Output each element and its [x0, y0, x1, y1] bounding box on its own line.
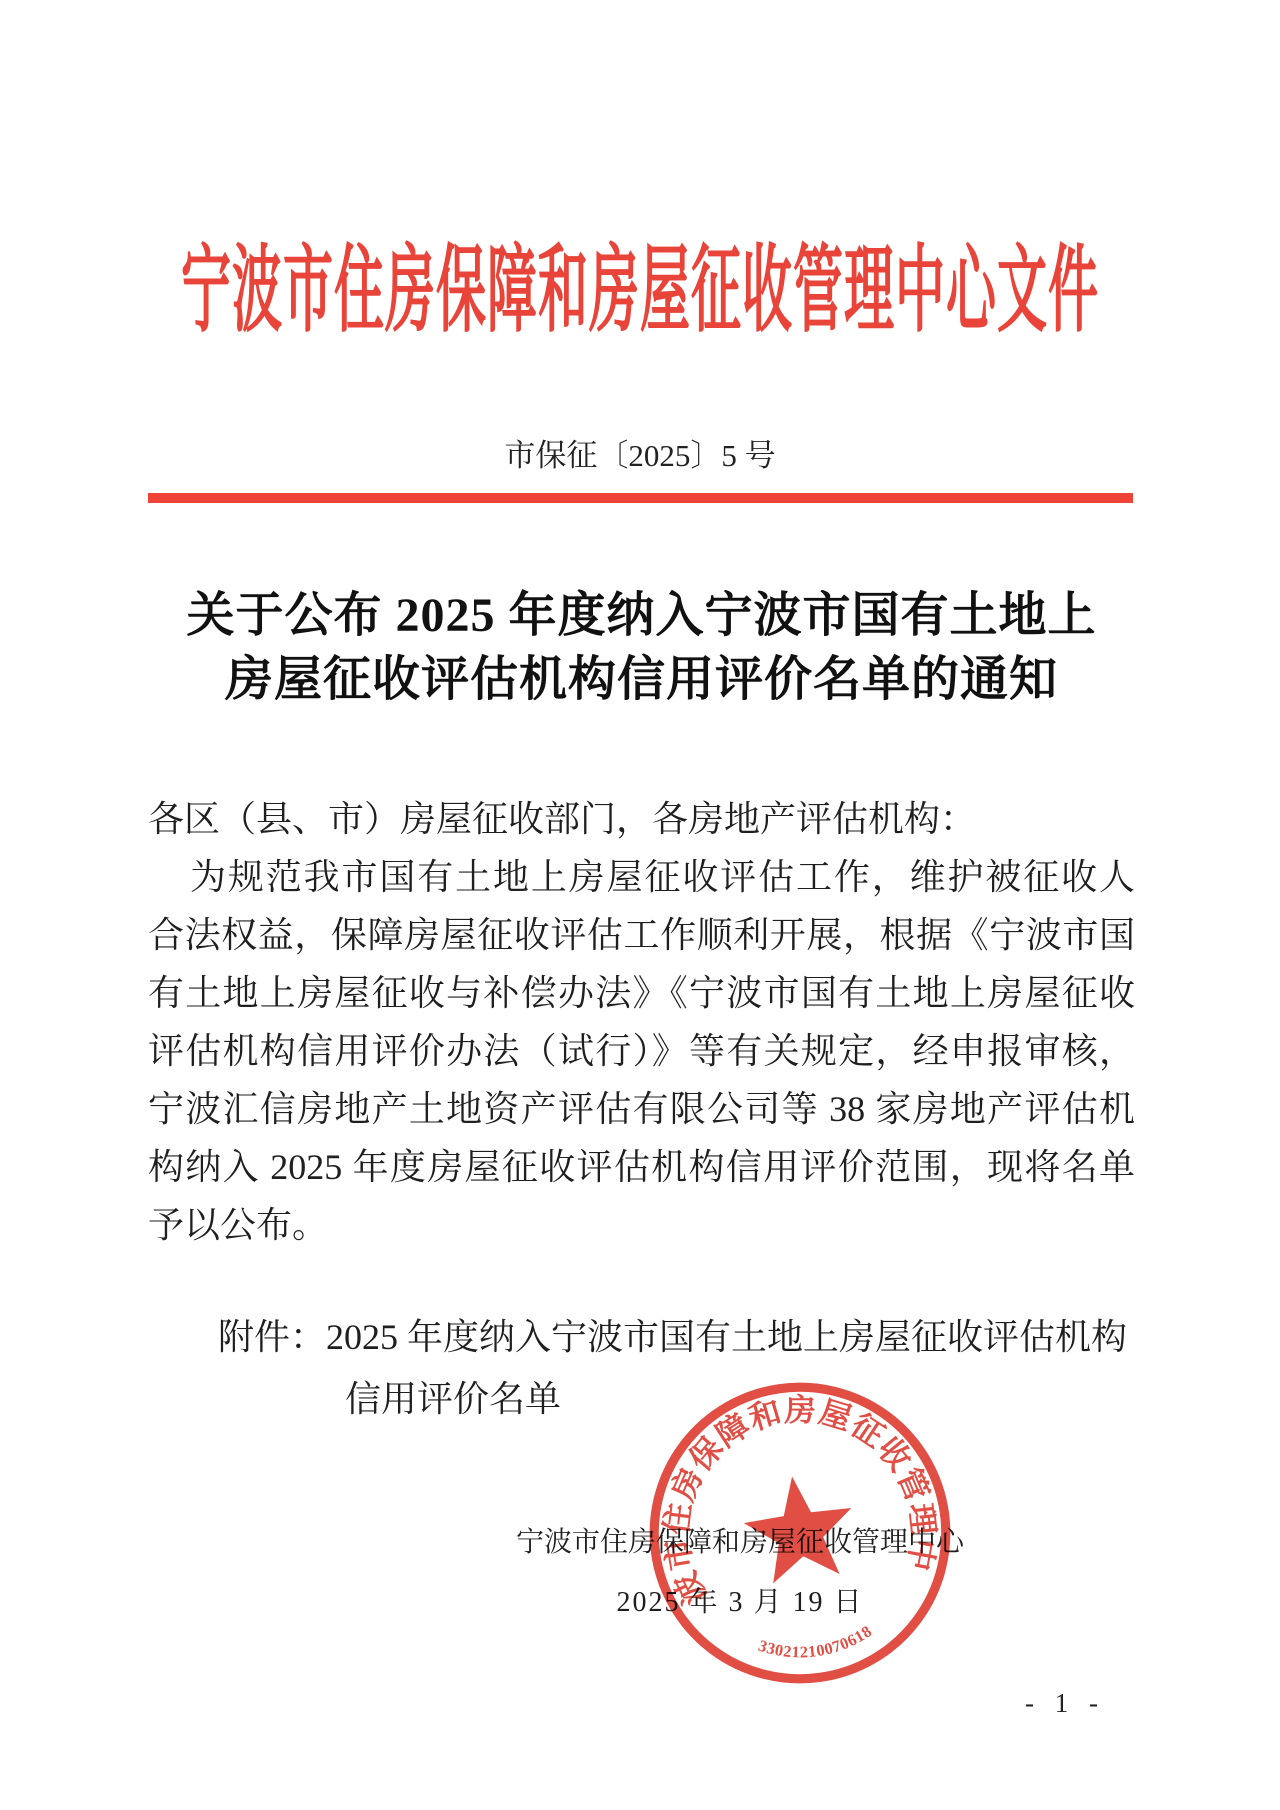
red-separator-line: [148, 493, 1133, 503]
body-line: 构纳入 2025 年度房屋征收评估机构信用评价范围，现将名单: [148, 1138, 1135, 1196]
body-line: 为规范我市国有土地上房屋征收评估工作，维护被征收人: [148, 848, 1135, 906]
page-number: - 1 -: [985, 1688, 1145, 1719]
seal-star-icon: [738, 1469, 860, 1586]
svg-text:宁波市住房保障和房屋征收管理中心: 宁波市住房保障和房屋征收管理中心: [622, 1355, 948, 1617]
body-line: 予以公布。: [148, 1196, 1135, 1254]
body-line: 有土地上房屋征收与补偿办法》《宁波市国有土地上房屋征收: [148, 964, 1135, 1022]
official-red-seal: 宁波市住房保障和房屋征收管理中心 33021210070618: [622, 1355, 979, 1712]
document-title-line-2: 房屋征收评估机构信用评价名单的通知: [148, 648, 1135, 712]
document-title: 关于公布 2025 年度纳入宁波市国有土地上 房屋征收评估机构信用评价名单的通知: [148, 584, 1135, 712]
attachment-title: 2025 年度纳入宁波市国有土地上房屋征收评估机构: [326, 1317, 1127, 1357]
salutation-line: 各区（县、市）房屋征收部门，各房地产评估机构：: [148, 790, 1135, 848]
attachment-line-1: 附件：2025 年度纳入宁波市国有土地上房屋征收评估机构: [218, 1306, 1148, 1368]
document-title-line-1: 关于公布 2025 年度纳入宁波市国有土地上: [148, 584, 1135, 648]
letterhead-title: 宁波市住房保障和房屋征收管理中心文件: [0, 214, 1280, 351]
seal-ring-text: 宁波市住房保障和房屋征收管理中心: [622, 1355, 948, 1617]
attachment-label: 附件：: [218, 1317, 326, 1357]
body-line: 宁波汇信房地产土地资产评估有限公司等 38 家房地产评估机: [148, 1080, 1135, 1138]
document-number: 市保征〔2025〕5 号: [0, 430, 1280, 475]
body-line: 评估机构信用评价办法（试行）》等有关规定，经申报审核，: [148, 1022, 1135, 1080]
body-line: 合法权益，保障房屋征收评估工作顺利开展，根据《宁波市国: [148, 906, 1135, 964]
document-body: 各区（县、市）房屋征收部门，各房地产评估机构： 为规范我市国有土地上房屋征收评估…: [148, 790, 1135, 1254]
